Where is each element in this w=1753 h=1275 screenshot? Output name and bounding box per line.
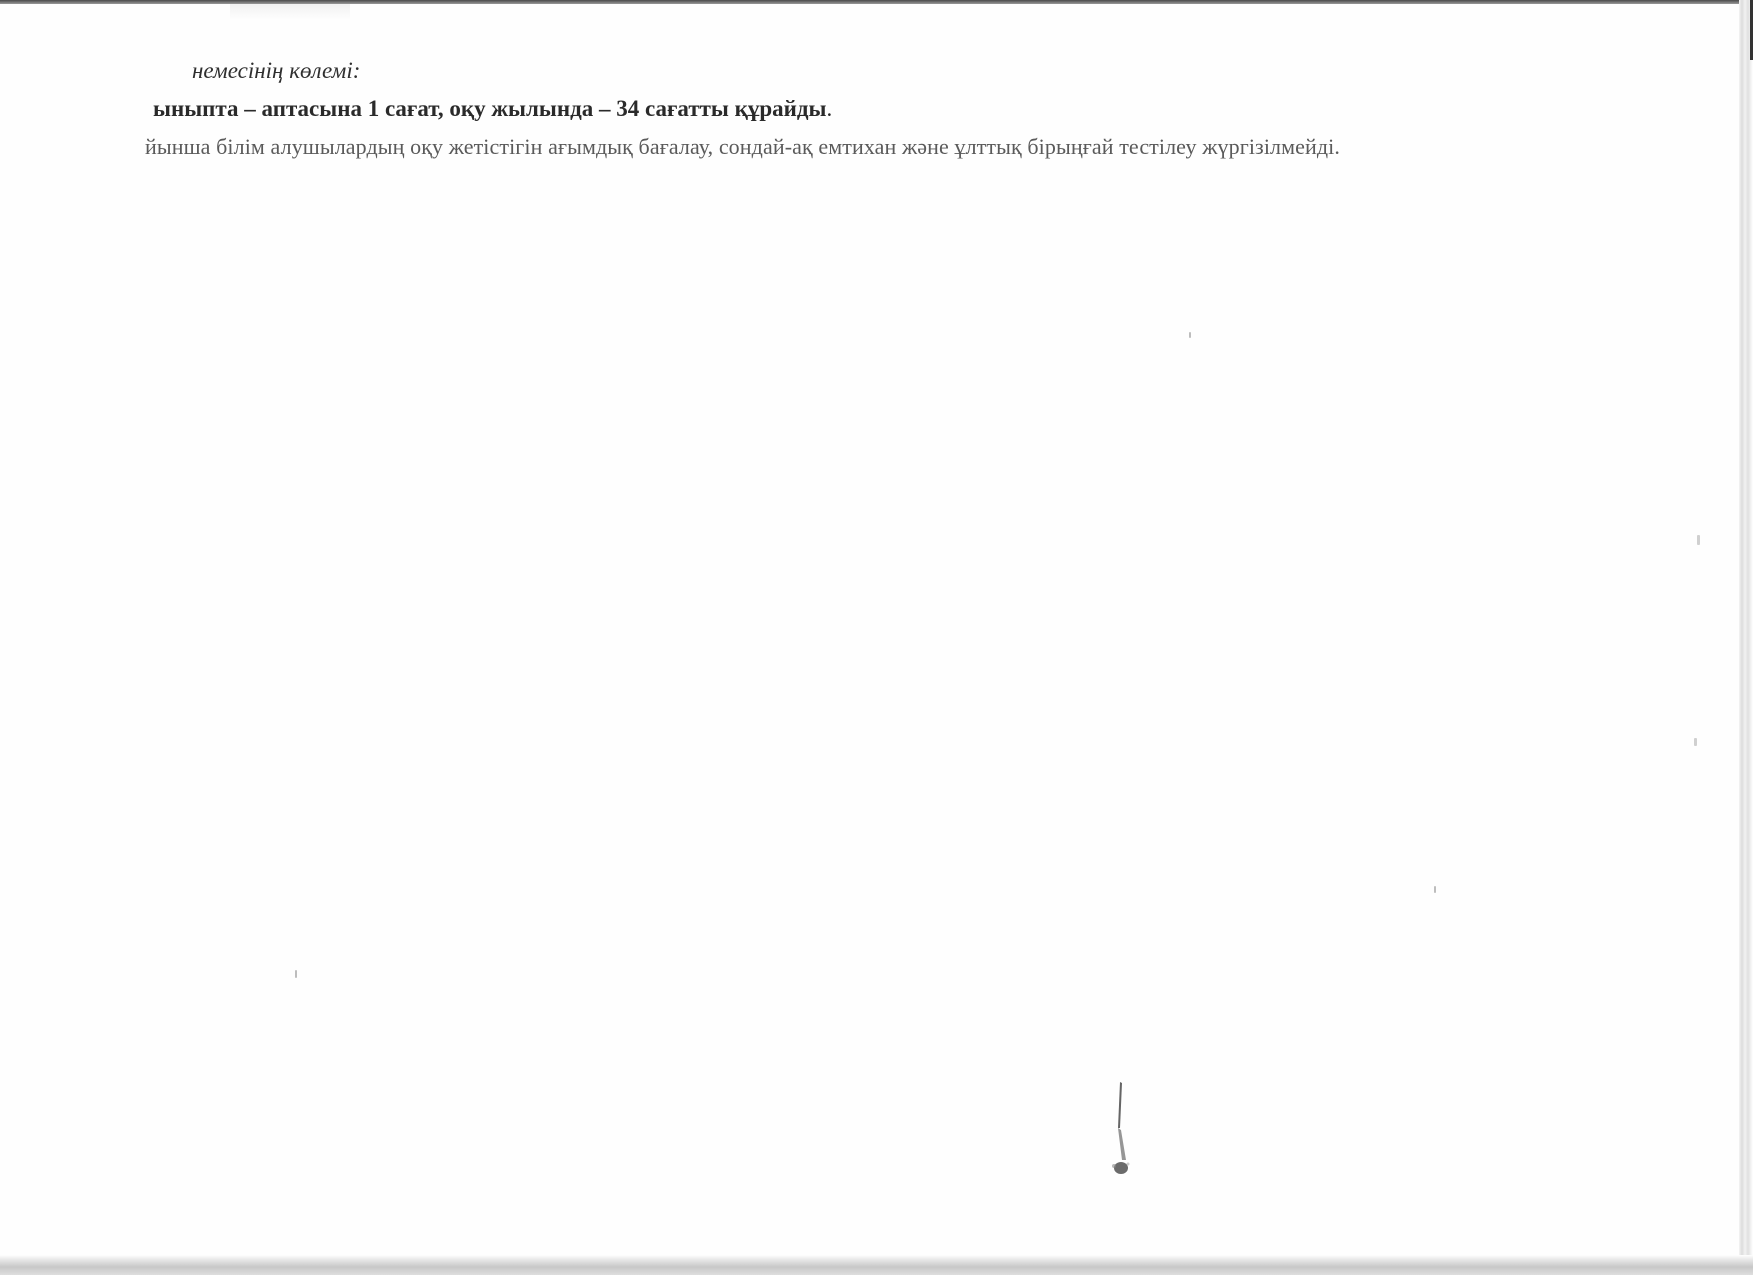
scan-shadow (230, 4, 350, 20)
scan-bottom-edge (0, 1255, 1753, 1275)
scan-speck (1189, 332, 1191, 338)
scanned-page: немесінің көлемі: ыныпта – аптасына 1 са… (0, 0, 1753, 1275)
scan-speck (1697, 535, 1700, 545)
scan-speck (1694, 738, 1697, 746)
ink-smudge-mark (1108, 1080, 1132, 1180)
hours-statement: ыныпта – аптасына 1 сағат, оқу жылында –… (153, 96, 832, 122)
scan-right-edge (1739, 0, 1753, 1275)
scan-speck (295, 970, 297, 978)
scan-speck (1434, 886, 1436, 893)
hours-statement-text: ыныпта – аптасына 1 сағат, оқу жылында –… (153, 96, 827, 121)
hours-statement-period: . (827, 96, 833, 121)
section-heading-fragment: немесінің көлемі: (192, 58, 360, 84)
assessment-statement: йынша білім алушылардың оқу жетістігін а… (145, 134, 1340, 160)
